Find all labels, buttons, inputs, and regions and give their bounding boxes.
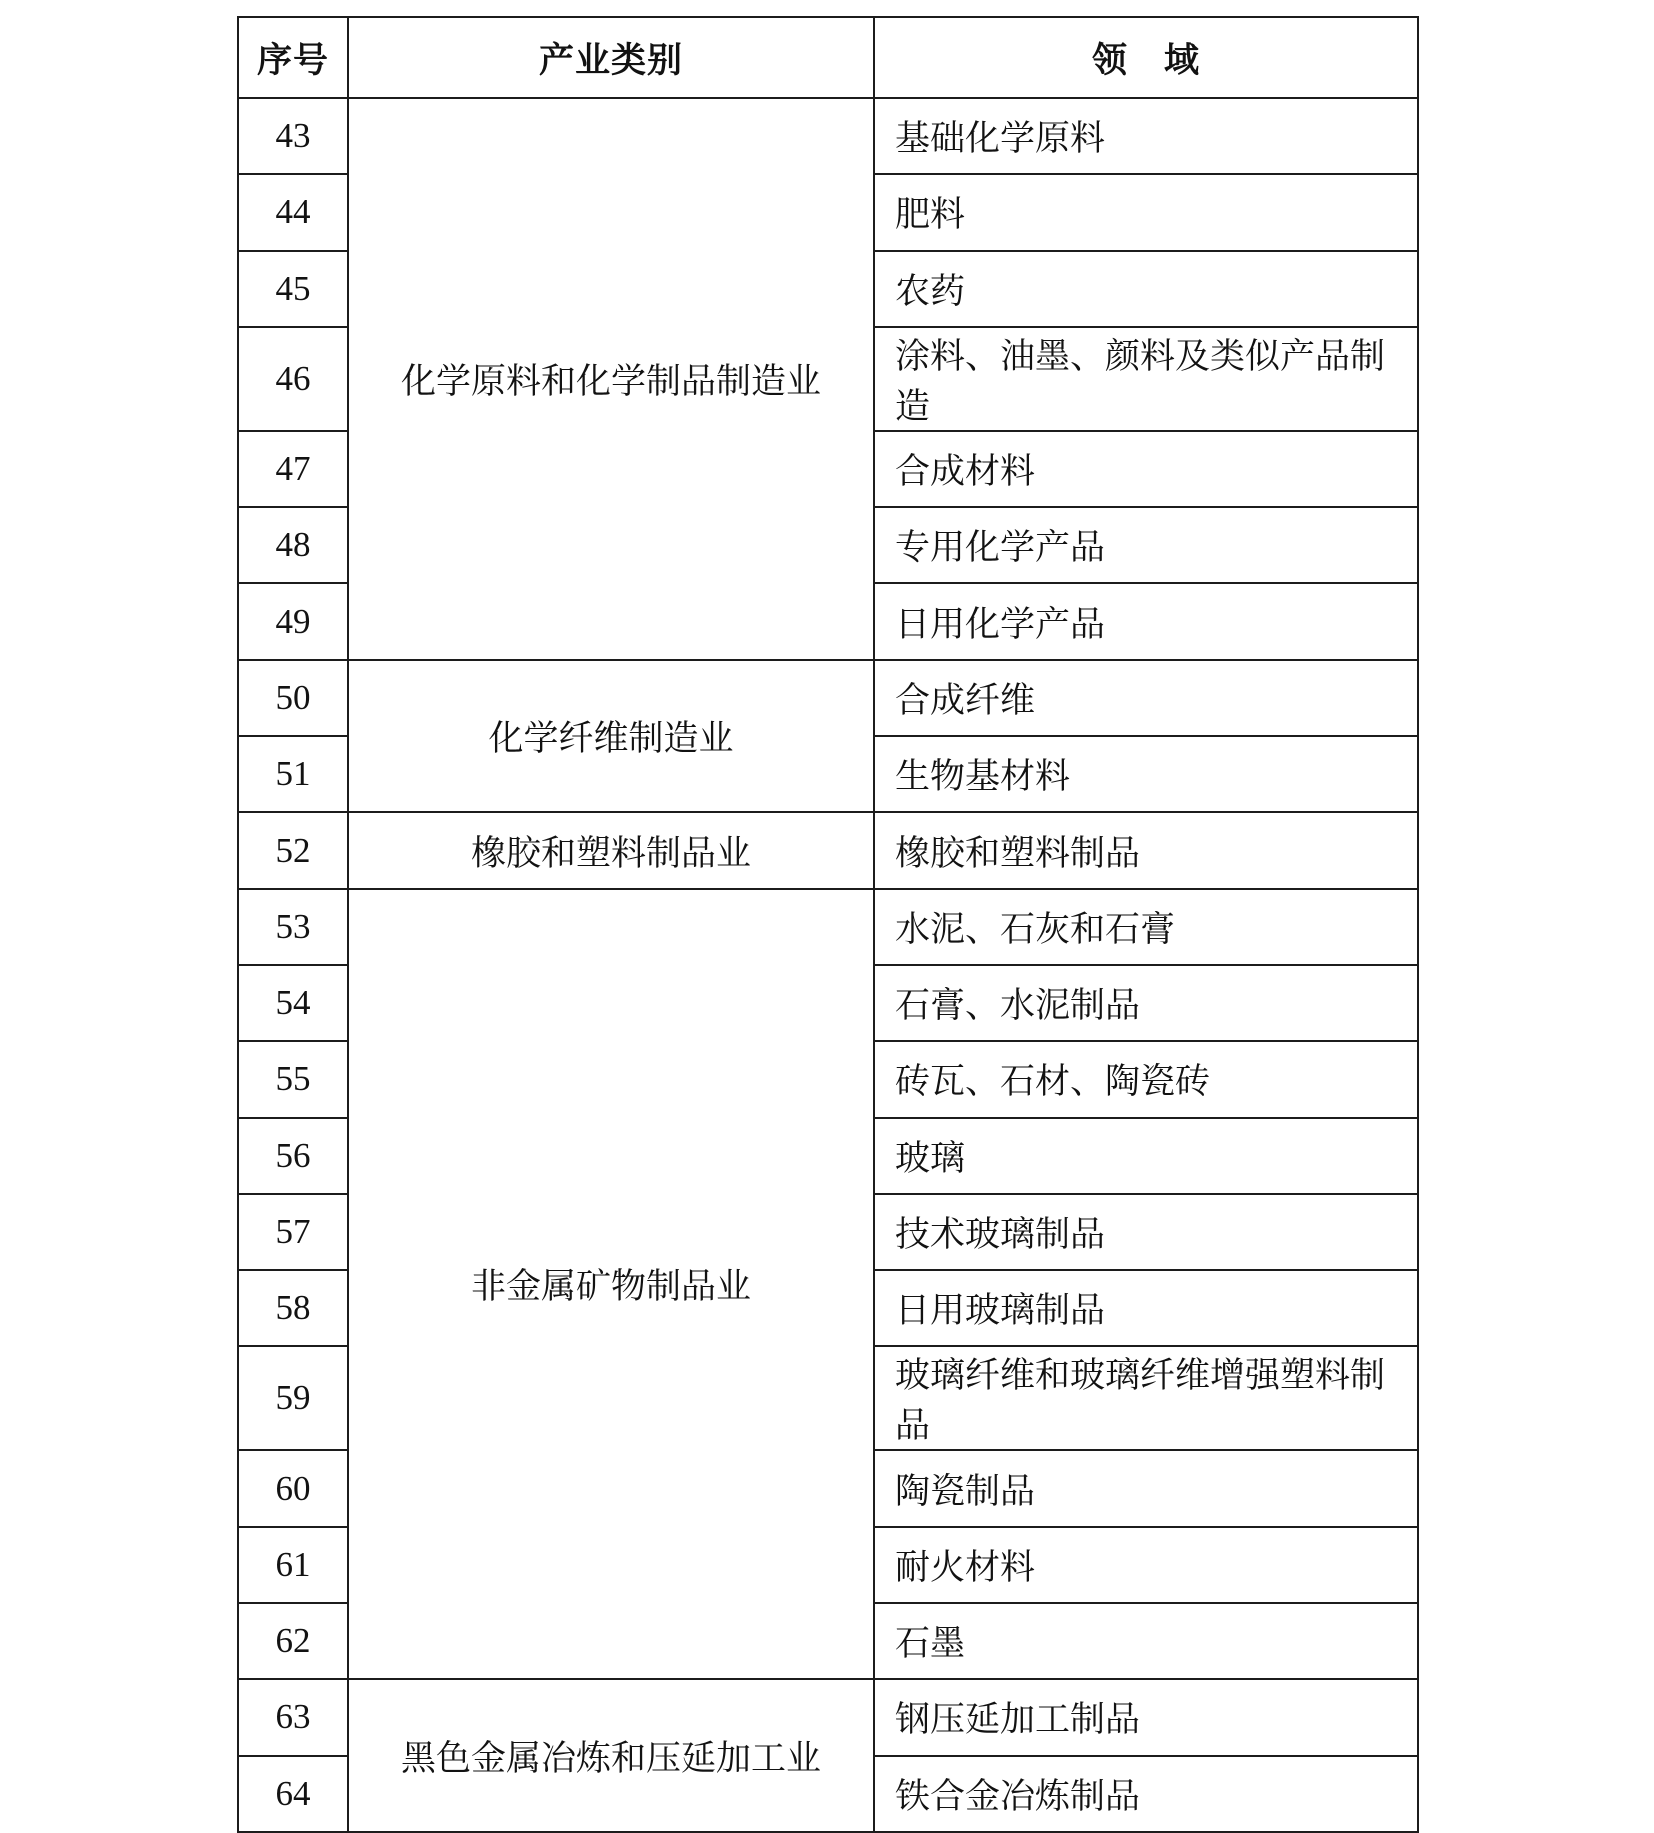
field-cell: 技术玻璃制品 (874, 1194, 1418, 1270)
table-body: 43 化学原料和化学制品制造业 基础化学原料 44 肥料 45 农药 46 涂料… (238, 98, 1418, 1832)
field-cell: 玻璃纤维和玻璃纤维增强塑料制品 (874, 1346, 1418, 1450)
header-category: 产业类别 (348, 17, 874, 98)
row-no: 63 (238, 1679, 348, 1755)
table-row: 63 黑色金属冶炼和压延加工业 钢压延加工制品 (238, 1679, 1418, 1755)
field-cell: 生物基材料 (874, 736, 1418, 812)
table-row: 52 橡胶和塑料制品业 橡胶和塑料制品 (238, 812, 1418, 888)
field-cell: 石墨 (874, 1603, 1418, 1679)
row-no: 47 (238, 431, 348, 507)
row-no: 62 (238, 1603, 348, 1679)
field-cell: 耐火材料 (874, 1527, 1418, 1603)
category-cell: 化学纤维制造业 (348, 660, 874, 813)
row-no: 51 (238, 736, 348, 812)
row-no: 43 (238, 98, 348, 174)
category-cell: 橡胶和塑料制品业 (348, 812, 874, 888)
field-cell: 石膏、水泥制品 (874, 965, 1418, 1041)
field-cell: 合成材料 (874, 431, 1418, 507)
row-no: 45 (238, 251, 348, 327)
field-cell: 砖瓦、石材、陶瓷砖 (874, 1041, 1418, 1117)
row-no: 49 (238, 583, 348, 659)
field-cell: 铁合金冶炼制品 (874, 1756, 1418, 1832)
header-no: 序号 (238, 17, 348, 98)
field-cell: 陶瓷制品 (874, 1450, 1418, 1526)
field-cell: 钢压延加工制品 (874, 1679, 1418, 1755)
field-cell: 肥料 (874, 174, 1418, 250)
row-no: 61 (238, 1527, 348, 1603)
table-row: 50 化学纤维制造业 合成纤维 (238, 660, 1418, 736)
header-row: 序号 产业类别 领 域 (238, 17, 1418, 98)
field-cell: 基础化学原料 (874, 98, 1418, 174)
table-row: 53 非金属矿物制品业 水泥、石灰和石膏 (238, 889, 1418, 965)
row-no: 56 (238, 1118, 348, 1194)
field-cell: 涂料、油墨、颜料及类似产品制造 (874, 327, 1418, 431)
field-cell: 橡胶和塑料制品 (874, 812, 1418, 888)
row-no: 50 (238, 660, 348, 736)
row-no: 52 (238, 812, 348, 888)
field-cell: 玻璃 (874, 1118, 1418, 1194)
row-no: 60 (238, 1450, 348, 1526)
field-cell: 农药 (874, 251, 1418, 327)
row-no: 58 (238, 1270, 348, 1346)
row-no: 54 (238, 965, 348, 1041)
field-cell: 水泥、石灰和石膏 (874, 889, 1418, 965)
category-cell: 非金属矿物制品业 (348, 889, 874, 1680)
field-cell: 合成纤维 (874, 660, 1418, 736)
row-no: 55 (238, 1041, 348, 1117)
row-no: 57 (238, 1194, 348, 1270)
category-cell: 化学原料和化学制品制造业 (348, 98, 874, 660)
category-cell: 黑色金属冶炼和压延加工业 (348, 1679, 874, 1832)
field-cell: 专用化学产品 (874, 507, 1418, 583)
industry-field-table: 序号 产业类别 领 域 43 化学原料和化学制品制造业 基础化学原料 44 肥料… (237, 16, 1419, 1833)
row-no: 44 (238, 174, 348, 250)
table-header: 序号 产业类别 领 域 (238, 17, 1418, 98)
row-no: 53 (238, 889, 348, 965)
row-no: 59 (238, 1346, 348, 1450)
field-cell: 日用化学产品 (874, 583, 1418, 659)
field-cell: 日用玻璃制品 (874, 1270, 1418, 1346)
table-row: 43 化学原料和化学制品制造业 基础化学原料 (238, 98, 1418, 174)
row-no: 64 (238, 1756, 348, 1832)
row-no: 48 (238, 507, 348, 583)
header-field: 领 域 (874, 17, 1418, 98)
row-no: 46 (238, 327, 348, 431)
